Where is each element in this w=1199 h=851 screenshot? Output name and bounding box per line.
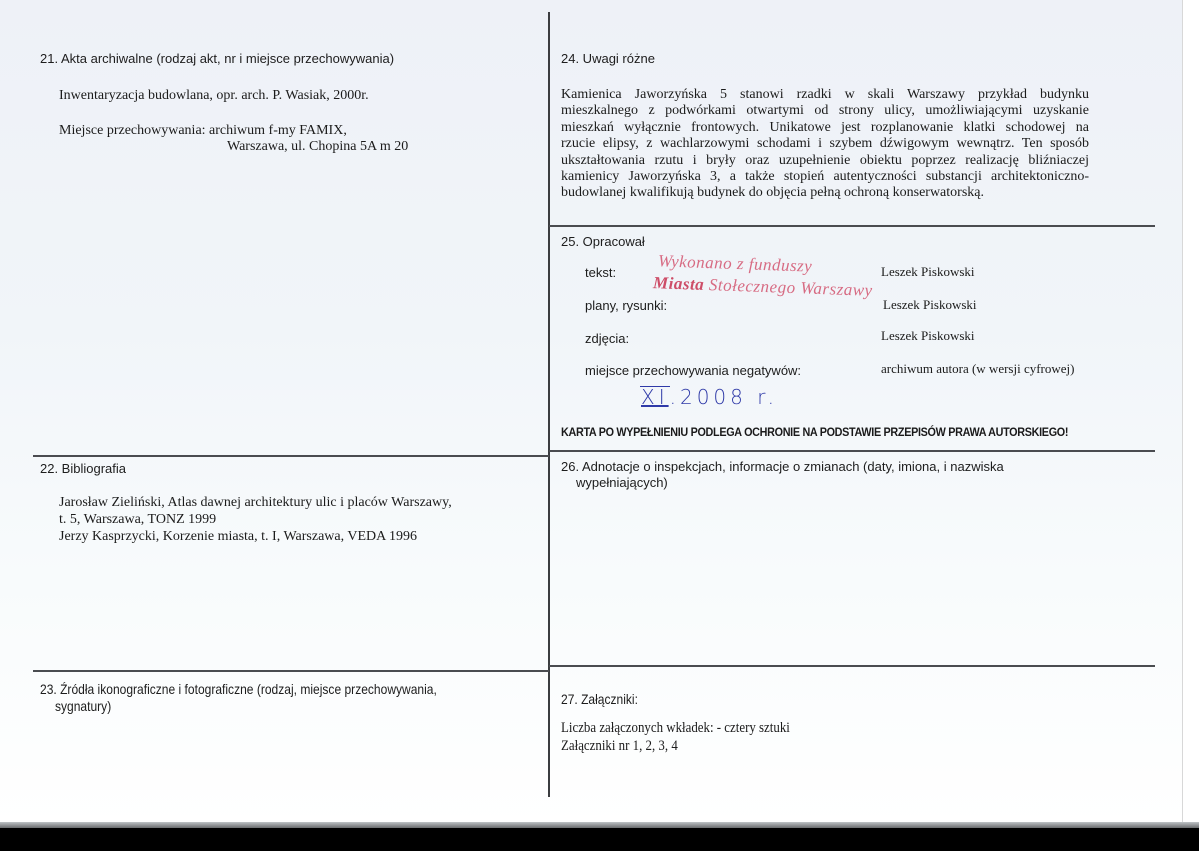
page-edge [1182,0,1199,826]
divider-right-25 [549,225,1155,227]
author-value-photos: Leszek Piskowski [881,328,975,344]
divider-left-23 [33,670,549,672]
paragraph-line: kamienicy Jaworzyńska 3, a także stopień… [561,169,1089,185]
handwritten-year: .2008 r. [670,385,778,409]
attachments-line: Załączniki nr 1, 2, 3, 4 [561,738,678,754]
copyright-notice: KARTA PO WYPEŁNIENIU PODLEGA OCHRONIE NA… [561,425,1068,439]
section-24-title: 24. Uwagi różne [561,51,655,67]
scan-bottom-edge [0,822,1199,828]
stamp-line-2-rest: Stołecznego Warszawy [704,275,873,300]
author-label-plans: plany, rysunki: [585,298,667,314]
column-divider [548,12,550,797]
handwritten-date: XI.2008 r. [640,385,778,409]
attachments-line: Liczba załączonych wkładek: - cztery szt… [561,720,790,736]
divider-right-27 [549,665,1155,667]
funding-stamp: Wykonano z funduszy [658,251,813,276]
section-21-title: 21. Akta archiwalne (rodzaj akt, nr i mi… [40,51,394,67]
section-27-title: 27. Załączniki: [561,691,638,707]
section-26-title-line-1: 26. Adnotacje o inspekcjach, informacje … [561,459,1004,475]
section-21-storage-line-2: Warszawa, ul. Chopina 5A m 20 [227,139,408,155]
paragraph-line: budowlanej kwalifikują budynek do objęci… [561,185,1089,201]
paragraph-line: ukształtowania rzutu i bryły oraz uzupeł… [561,153,1089,169]
author-label-photos: zdjęcia: [585,331,629,347]
paragraph-line: rzucie elipsy, z wachlarzowymi schodami … [561,136,1089,152]
paragraph-line: mieszkalnego z podwórkami otwartymi od s… [561,103,1089,119]
section-26-title-line-2: wypełniających) [576,475,668,491]
paragraph-line: Kamienica Jaworzyńska 5 stanowi rzadki w… [561,87,1089,103]
section-22-title: 22. Bibliografia [40,461,126,477]
section-21-entry: Inwentaryzacja budowlana, opr. arch. P. … [59,88,369,104]
section-23-title-line-2: sygnatury) [55,698,111,714]
author-value-negatives: archiwum autora (w wersji cyfrowej) [881,361,1074,377]
author-label-negatives: miejsce przechowywania negatywów: [585,363,801,379]
stamp-line-1: Wykonano z funduszy [658,251,813,275]
bibliography-line: t. 5, Warszawa, TONZ 1999 [59,512,216,528]
section-23-title-line-1: 23. Źródła ikonograficzne i fotograficzn… [40,681,437,697]
section-21-storage-line-1: Miejsce przechowywania: archiwum f-my FA… [59,123,347,139]
bibliography-line: Jerzy Kasprzycki, Korzenie miasta, t. I,… [59,529,417,545]
stamp-line-2-bold: Miasta [653,273,705,294]
author-label-text: tekst: [585,265,616,281]
document-page: 21. Akta archiwalne (rodzaj akt, nr i mi… [0,0,1182,826]
paragraph-line: mieszkań wyłącznie frontowych. Unikatowe… [561,120,1089,136]
author-value-plans: Leszek Piskowski [883,297,977,313]
handwritten-month: XI [640,386,670,407]
divider-right-26 [549,450,1155,452]
bibliography-line: Jarosław Zieliński, Atlas dawnej archite… [59,495,452,511]
divider-left-22 [33,455,549,457]
section-24-paragraph: Kamienica Jaworzyńska 5 stanowi rzadki w… [561,87,1089,202]
section-25-title: 25. Opracował [561,234,645,250]
funding-stamp-line-2: Miasta Stołecznego Warszawy [653,273,873,301]
author-value-text: Leszek Piskowski [881,264,975,280]
